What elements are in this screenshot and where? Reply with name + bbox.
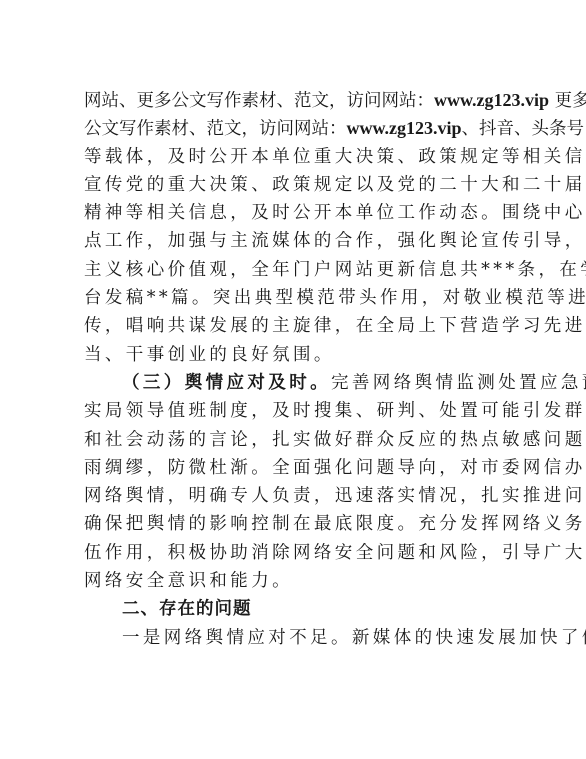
text-line: 伍作用，积极协助消除网络安全问题和风险，引导广大网民增强 [84, 539, 508, 567]
text-line: 等载体，及时公开本单位重大决策、政策规定等相关信息，持续 [84, 143, 508, 171]
section-heading: 二、存在的问题 [84, 595, 508, 623]
document-page: 网站、更多公文写作素材、范文，访问网站：www.zg123.vip 更多 公文写… [84, 86, 508, 652]
text-line: 宣传党的重大决策、政策规定以及党的二十大和二十届三中全会 [84, 171, 508, 199]
subsection-heading: （三）舆情应对及时。 [122, 373, 331, 393]
website-url: www.zg123.vip [434, 90, 549, 110]
paragraph-public-opinion: （三）舆情应对及时。完善网络舆情监测处置应急预案，落 实局领导值班制度，及时搜集… [84, 369, 508, 595]
text-segment: 、抖音、头条号 [462, 119, 585, 139]
text-segment: 公文写作素材、范文，访问网站： [84, 119, 347, 139]
text-line: 实局领导值班制度，及时搜集、研判、处置可能引发群体性事件 [84, 397, 508, 425]
text-line: 网络安全意识和能力。 [84, 567, 508, 595]
text-line: 传，唱响共谋发展的主旋律，在全局上下营造学习先进、敢于担 [84, 312, 508, 340]
text-line: 雨绸缪，防微杜渐。全面强化问题导向，对市委网信办等交办的 [84, 454, 508, 482]
text-line: 精神等相关信息，及时公开本单位工作动态。围绕中心工作、重 [84, 199, 508, 227]
paragraph-problems: 一是网络舆情应对不足。新媒体的快速发展加快了信息传播 [84, 624, 508, 652]
website-url: www.zg123.vip [347, 118, 462, 138]
text-line: 确保把舆情的影响控制在最底限度。充分发挥网络义务监督员队 [84, 510, 508, 538]
text-segment: 网站、更多公文写作素材、范文，访问网站： [84, 91, 434, 111]
text-segment: 完善网络舆情监测处置应急预案，落 [331, 373, 586, 393]
text-line: 一是网络舆情应对不足。新媒体的快速发展加快了信息传播 [84, 624, 508, 652]
text-line: 点工作，加强与主流媒体的合作，强化舆论宣传引导，弘扬社会 [84, 227, 508, 255]
text-line: 公文写作素材、范文，访问网站：www.zg123.vip、抖音、头条号 [84, 114, 508, 142]
text-line: 网络舆情，明确专人负责，迅速落实情况，扎实推进问题的整改， [84, 482, 508, 510]
text-line: 主义核心价值观，全年门户网站更新信息共***条，在学习强国平 [84, 256, 508, 284]
paragraph-publicity: 网站、更多公文写作素材、范文，访问网站：www.zg123.vip 更多 公文写… [84, 86, 508, 369]
text-segment: 更多 [549, 91, 586, 111]
text-line: 当、干事创业的良好氛围。 [84, 341, 508, 369]
text-line: 网站、更多公文写作素材、范文，访问网站：www.zg123.vip 更多 [84, 86, 508, 114]
text-line: （三）舆情应对及时。完善网络舆情监测处置应急预案，落 [84, 369, 508, 397]
text-line: 台发稿**篇。突出典型模范带头作用，对敬业模范等进行重点宣 [84, 284, 508, 312]
text-line: 和社会动荡的言论，扎实做好群众反应的热点敏感问题，做到未 [84, 426, 508, 454]
